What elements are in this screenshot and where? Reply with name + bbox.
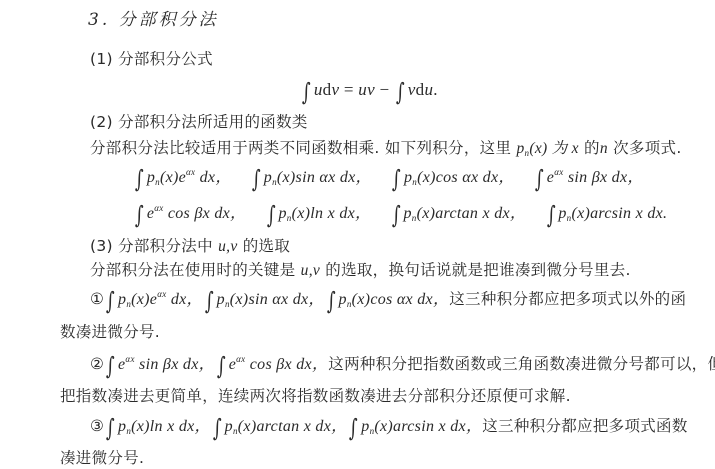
item-marker: ① [90, 290, 104, 308]
integral-sign: ∫ [302, 82, 311, 102]
item-1: ①∫pn(x)eαx dx，∫pn(x)sin αx dx，∫pn(x)cos … [90, 289, 686, 311]
integral-term: ∫pn(x)ln x dx， [265, 204, 372, 225]
integral-term: ∫eαx cos βx dx， [133, 204, 246, 225]
subsection-1-heading: (1) 分部积分公式 [90, 49, 213, 69]
integral-term: ∫pn(x)arcsin x dx. [545, 204, 668, 225]
item-marker: ③ [90, 417, 104, 435]
integration-by-parts-formula: ∫udv = uv − ∫vdu. [300, 80, 438, 102]
integral-term: ∫pn(x)arctan x dx， [390, 204, 527, 225]
item-2-continuation: 把指数凑进去更简单，连续两次将指数函数凑进去分部积分还原便可求解. [60, 386, 571, 406]
item-1-continuation: 数凑进微分号. [60, 322, 160, 342]
subsection-2-intro: 分部积分法比较适用于两类不同函数相乘. 如下列积分，这里 pn(x) 为 x 的… [90, 138, 682, 159]
subsection-2-heading: (2) 分部积分法所适用的函数类 [90, 112, 308, 132]
integral-sign: ∫ [396, 82, 405, 102]
integral-term: ∫pn(x)eαx dx， [133, 168, 232, 189]
integral-term: ∫eαx sin βx dx， [533, 168, 644, 189]
section-title-text: 分部积分法 [119, 10, 219, 30]
integral-term: ∫pn(x)cos αx dx， [390, 168, 515, 189]
item-3: ③∫pn(x)ln x dx，∫pn(x)arctan x dx，∫pn(x)a… [90, 416, 688, 438]
item-3-continuation: 凑进微分号. [60, 448, 144, 468]
section-number: 3. [88, 10, 110, 30]
section-title: 3. 分部积分法 [88, 10, 219, 30]
integral-term: ∫pn(x)sin αx dx， [250, 168, 372, 189]
integral-list-row-1: ∫pn(x)eαx dx， ∫pn(x)sin αx dx， ∫pn(x)cos… [133, 168, 644, 189]
integral-list-row-2: ∫eαx cos βx dx， ∫pn(x)ln x dx， ∫pn(x)arc… [133, 204, 667, 225]
subsection-3-paragraph: 分部积分法在使用时的关键是 u,v 的选取，换句话说就是把谁凑到微分号里去. [90, 260, 631, 281]
item-marker: ② [90, 355, 104, 373]
item-2: ②∫eαx sin βx dx，∫eαx cos βx dx，这两种积分把指数函… [90, 354, 715, 376]
subsection-3-heading: (3) 分部积分法中 u,v 的选取 [90, 236, 290, 257]
